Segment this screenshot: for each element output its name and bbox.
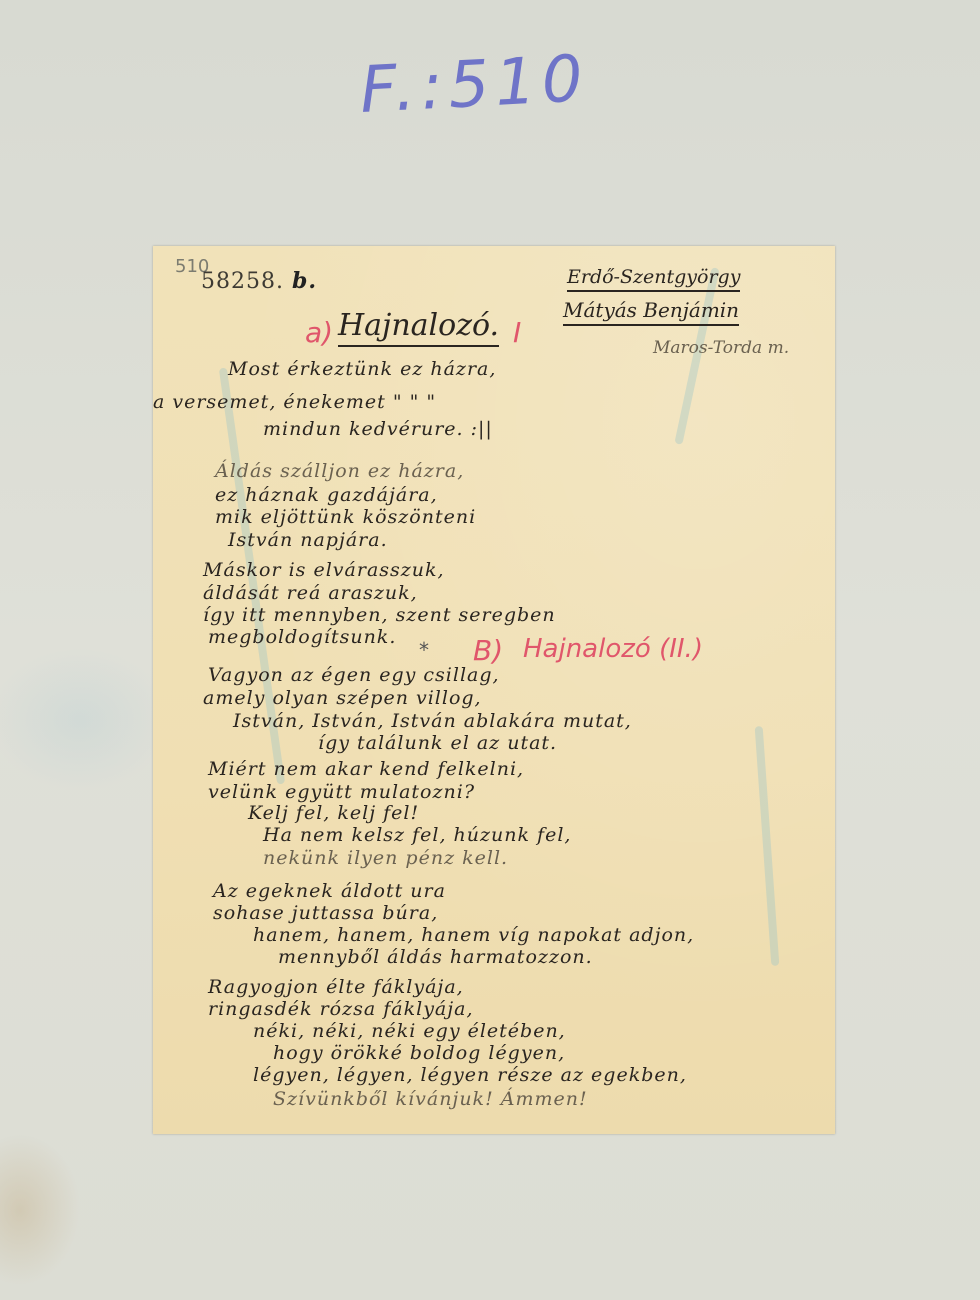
part-a-label: a) xyxy=(305,316,333,349)
verse-line: sohase juttassa búra, xyxy=(213,902,438,924)
verse-line: légyen, légyen, légyen része az egekben, xyxy=(253,1064,687,1086)
manuscript-sheet: 510 58258. b. Erdő-Szentgyörgy Mátyás Be… xyxy=(153,246,835,1134)
verse-line: Szívünkből kívánjuk! Ámmen! xyxy=(273,1088,588,1110)
part-b-label: B) xyxy=(473,634,503,667)
part-a-title: Hajnalozó. xyxy=(338,308,499,347)
verse-line: Máskor is elvárasszuk, xyxy=(203,559,445,581)
verse-line: ringasdék rózsa fáklyája, xyxy=(208,998,474,1020)
verse-line: mindun kedvérure. :|| xyxy=(263,418,493,440)
asterisk-mark: * xyxy=(419,638,429,662)
verse-line: néki, néki, néki egy életében, xyxy=(253,1020,566,1042)
part-b-title: Hajnalozó (II.) xyxy=(523,634,703,664)
part-a-numeral: I xyxy=(513,316,521,349)
archive-shelf-mark: F.:510 xyxy=(358,42,590,128)
verse-line: a versemet, énekemet " " " xyxy=(153,391,436,413)
verse-line: István, István, István ablakára mutat, xyxy=(233,710,632,732)
verse-line: így itt mennyben, szent seregben xyxy=(203,604,556,626)
inventory-number-suffix: b. xyxy=(292,268,317,294)
inventory-number: 58258. b. xyxy=(201,268,317,294)
verse-line: így találunk el az utat. xyxy=(318,732,557,754)
verse-line: megboldogítsunk. xyxy=(208,626,396,648)
verse-line: áldását reá araszuk, xyxy=(203,582,418,604)
collector-name: Mátyás Benjámin xyxy=(563,298,739,326)
verse-line: Vagyon az égen egy csillag, xyxy=(208,664,500,686)
water-stain xyxy=(755,726,780,966)
archive-mount-board: F.:510 510 58258. b. Erdő-Szentgyörgy Má… xyxy=(0,0,980,1300)
verse-line: István napjára. xyxy=(228,529,388,551)
verse-line: velünk együtt mulatozni? xyxy=(208,781,475,803)
verse-line: mennyből áldás harmatozzon. xyxy=(278,946,593,968)
location-heading: Erdő-Szentgyörgy xyxy=(567,266,740,292)
verse-line: Ha nem kelsz fel, húzunk fel, xyxy=(263,824,571,846)
verse-line: Áldás szálljon ez házra, xyxy=(215,460,464,482)
verse-line: Miért nem akar kend felkelni, xyxy=(208,758,524,780)
verse-line: nekünk ilyen pénz kell. xyxy=(263,847,508,869)
verse-line: hanem, hanem, hanem víg napokat adjon, xyxy=(253,924,694,946)
inventory-number-value: 58258. xyxy=(201,269,284,294)
verse-line: amely olyan szépen villog, xyxy=(203,687,482,709)
verse-line: hogy örökké boldog légyen, xyxy=(273,1042,565,1064)
county-note: Maros-Torda m. xyxy=(653,338,789,358)
verse-line: Kelj fel, kelj fel! xyxy=(248,802,419,824)
verse-line: mik eljöttünk köszönteni xyxy=(215,506,476,528)
verse-line: ez háznak gazdájára, xyxy=(215,484,438,506)
verse-line: Most érkeztünk ez házra, xyxy=(228,358,496,380)
verse-line: Az egeknek áldott ura xyxy=(213,880,446,902)
verse-line: Ragyogjon élte fáklyája, xyxy=(208,976,464,998)
